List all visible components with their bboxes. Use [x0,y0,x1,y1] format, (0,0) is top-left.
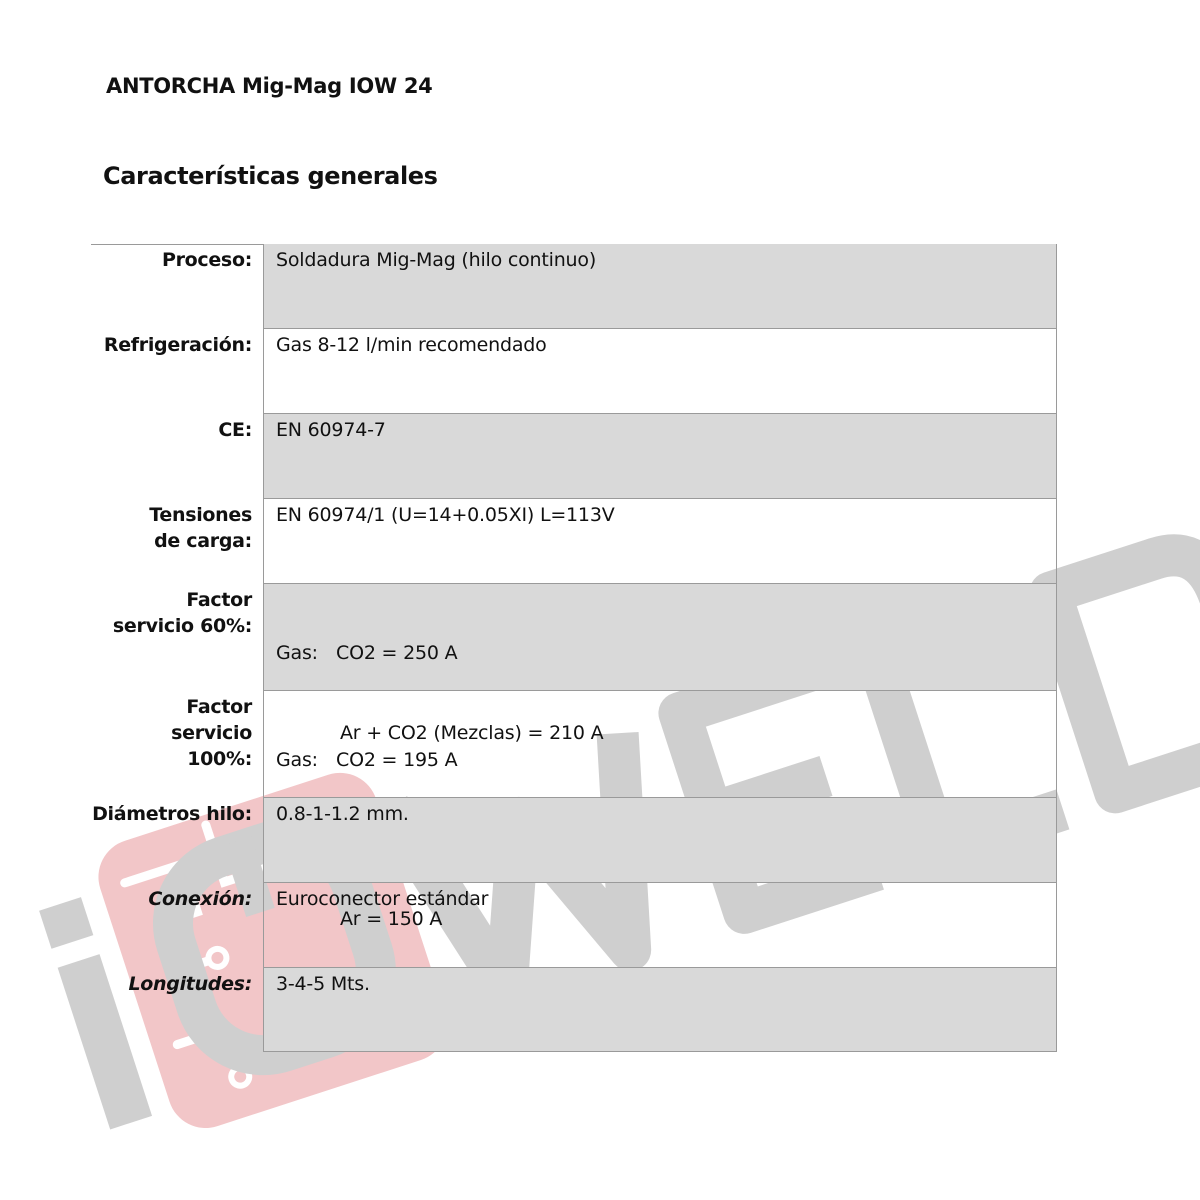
row-label: Tensiones de carga: [91,499,263,584]
row-value: EN 60974/1 (U=14+0.05XI) L=113V [263,499,1057,584]
row-value: Soldadura Mig-Mag (hilo continuo) [263,244,1057,329]
row-label: CE: [91,414,263,499]
row-label: Conexión: [91,883,263,968]
row-label: Longitudes: [91,968,263,1052]
row-value: EN 60974-7 [263,414,1057,499]
row-label: Diámetros hilo: [91,798,263,883]
table-row: Longitudes: 3-4-5 Mts. [91,968,1057,1052]
row-label: Refrigeración: [91,329,263,414]
table-row: Proceso: Soldadura Mig-Mag (hilo continu… [91,244,1057,329]
row-value: Gas 8-12 l/min recomendado [263,329,1057,414]
gas-prefix: Gas: [276,640,336,667]
gas-prefix: Gas: [276,747,336,774]
row-value: 0.8-1-1.2 mm. [263,798,1057,883]
row-label: Factor servicio 60%: [91,584,263,691]
table-row: Refrigeración: Gas 8-12 l/min recomendad… [91,329,1057,414]
gas-value: CO2 = 250 A [336,642,457,664]
gas-value: CO2 = 195 A [336,749,457,771]
table-row: Factor servicio 100%: Gas:CO2 = 195 A Ar… [91,691,1057,798]
document-title: ANTORCHA Mig-Mag IOW 24 [106,74,432,98]
spec-table: Proceso: Soldadura Mig-Mag (hilo continu… [91,244,1057,1052]
row-label: Proceso: [91,244,263,329]
row-value: Gas:CO2 = 250 A Ar + CO2 (Mezclas) = 210… [263,584,1057,691]
table-row: CE: EN 60974-7 [91,414,1057,499]
row-value: Gas:CO2 = 195 A Ar + CO2 (Mezclas) = 165… [263,691,1057,798]
row-value: 3-4-5 Mts. [263,968,1057,1052]
section-heading: Características generales [103,162,438,190]
table-row: Diámetros hilo: 0.8-1-1.2 mm. [91,798,1057,883]
table-row: Tensiones de carga: EN 60974/1 (U=14+0.0… [91,499,1057,584]
row-label: Factor servicio 100%: [91,691,263,798]
table-row: Factor servicio 60%: Gas:CO2 = 250 A Ar … [91,584,1057,691]
table-row: Conexión: Euroconector estándar [91,883,1057,968]
row-value: Euroconector estándar [263,883,1057,968]
